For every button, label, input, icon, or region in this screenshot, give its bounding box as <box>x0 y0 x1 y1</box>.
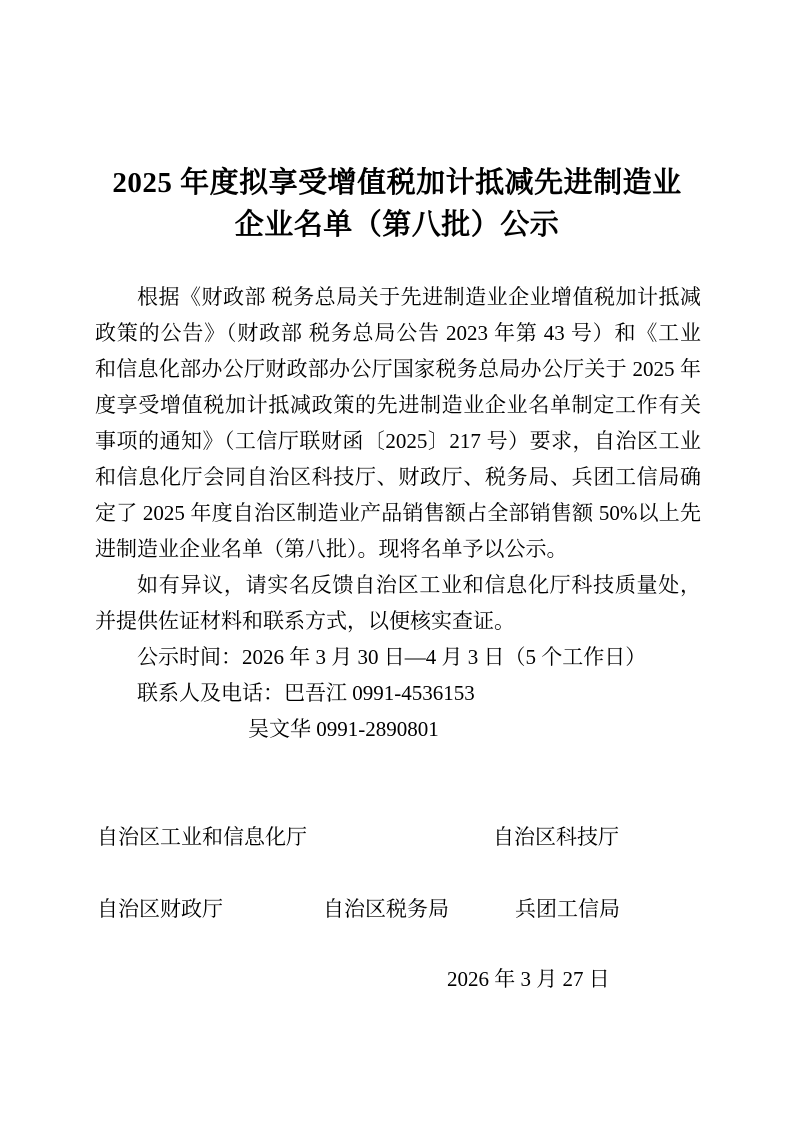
body-line: 根据《财政部 税务总局关于先进制造业企业增值税加计抵减 <box>95 279 701 315</box>
body-line: 政策的公告》（财政部 税务总局公告 2023 年第 43 号）和《工业 <box>95 315 701 351</box>
signature-org-corps-it-bureau: 兵团工信局 <box>515 897 620 922</box>
signature-org-industry-it-dept: 自治区工业和信息化厅 <box>97 825 307 850</box>
body-line-publicity-period: 公示时间：2026 年 3 月 30 日—4 月 3 日（5 个工作日） <box>95 639 701 675</box>
body-line: 度享受增值税加计抵减政策的先进制造业企业名单制定工作有关 <box>95 387 701 423</box>
body-line: 和信息化厅会同自治区科技厅、财政厅、税务局、兵团工信局确 <box>95 459 701 495</box>
body-line: 和信息化部办公厅财政部办公厅国家税务总局办公厅关于 2025 年 <box>95 351 701 387</box>
document-body: 根据《财政部 税务总局关于先进制造业企业增值税加计抵减 政策的公告》（财政部 税… <box>95 279 701 747</box>
signature-org-science-tech-dept: 自治区科技厅 <box>493 825 619 850</box>
body-line-contact-1: 联系人及电话：巴吾江 0991-4536153 <box>95 675 701 711</box>
document-page: 2025 年度拟享受增值税加计抵减先进制造业 企业名单（第八批）公示 根据《财政… <box>0 0 793 1122</box>
title-line-1: 2025 年度拟享受增值税加计抵减先进制造业 <box>94 162 700 204</box>
body-line: 如有异议，请实名反馈自治区工业和信息化厅科技质量处， <box>95 567 701 603</box>
document-title: 2025 年度拟享受增值税加计抵减先进制造业 企业名单（第八批）公示 <box>94 162 700 246</box>
signature-org-tax-bureau: 自治区税务局 <box>323 897 449 922</box>
title-line-2: 企业名单（第八批）公示 <box>94 204 700 246</box>
body-line: 事项的通知》（工信厅联财函〔2025〕217 号）要求，自治区工业 <box>95 423 701 459</box>
document-date: 2026 年 3 月 27 日 <box>447 967 610 992</box>
signature-org-finance-dept: 自治区财政厅 <box>97 897 223 922</box>
body-line-contact-2: 吴文华 0991-2890801 <box>95 711 701 747</box>
body-line: 进制造业企业名单（第八批）。现将名单予以公示。 <box>95 531 701 567</box>
body-line: 定了 2025 年度自治区制造业产品销售额占全部销售额 50%以上先 <box>95 495 701 531</box>
body-line: 并提供佐证材料和联系方式，以便核实查证。 <box>95 603 701 639</box>
